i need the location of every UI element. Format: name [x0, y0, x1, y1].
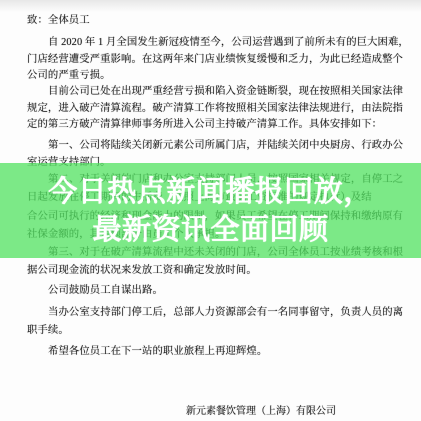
news-banner-overlay: 今日热点新闻播报回放， 最新资讯全面回顾 — [0, 163, 421, 258]
doc-line: 自 2020 年 1 月全国发生新冠疫情至今，公司运营遇到了前所未有的巨大困难， — [27, 35, 421, 52]
doc-line: 职手续。 — [27, 322, 421, 340]
doc-line: 公司的严重亏损。 — [27, 68, 421, 85]
doc-line: 目前公司已处在出现严重经营亏损和陷入资金链断裂，现在按照相关国家法律 — [27, 84, 421, 101]
doc-line: 公司鼓励员工自谋出路。 — [27, 283, 421, 299]
document-page: 致：全体员工 自 2020 年 1 月全国发生新冠疫情至今，公司运营遇到了前所未… — [0, 0, 421, 421]
banner-title-line1: 今日热点新闻播报回放， — [48, 173, 373, 211]
doc-line: 第一、公司将陆续关闭新元素公司所属门店，并陆续关闭中央厨房、行政办公 — [27, 137, 421, 154]
paragraph-wish: 希望各位员工在下一站的职业旅程上再迎辉煌。 — [27, 344, 421, 360]
banner-title-line2: 最新资讯全面回顾 — [92, 211, 328, 249]
paragraph-encourage: 公司鼓励员工自谋出路。 — [27, 283, 421, 299]
doc-line: 当办公室支持部门停工后，总部人力资源部会有一名同事留守，负责人员的离 — [27, 304, 421, 322]
doc-line: 规定，进入破产清算流程。破产清算工作将按照相关国家法律法规进行，由法院指 — [27, 101, 421, 118]
paragraph-liquidation: 目前公司已处在出现严重经营亏损和陷入资金链断裂，现在按照相关国家法律 规定，进入… — [27, 84, 421, 134]
salutation: 致：全体员工 — [27, 13, 421, 29]
doc-line: 据公司现金流的状况来发放工资和确定发放时间。 — [27, 262, 421, 280]
doc-line: 定的第三方破产清算律师事务所进入公司主持破产清算工作。具体安排如下： — [27, 117, 421, 134]
doc-line: 希望各位员工在下一站的职业旅程上再迎辉煌。 — [27, 344, 421, 360]
salutation-paragraph: 致：全体员工 — [27, 13, 421, 29]
paragraph-hr: 当办公室支持部门停工后，总部人力资源部会有一名同事留守，负责人员的离 职手续。 — [27, 304, 421, 340]
company-signature: 新元素餐饮管理（上海）有限公司 — [186, 405, 336, 419]
doc-line: 门店经营遭受严重影响。在这两年来门店业绩恢复缓慢和乏力，为此已经造成整个 — [27, 52, 421, 69]
paragraph-intro: 自 2020 年 1 月全国发生新冠疫情至今，公司运营遇到了前所未有的巨大困难，… — [27, 35, 421, 85]
